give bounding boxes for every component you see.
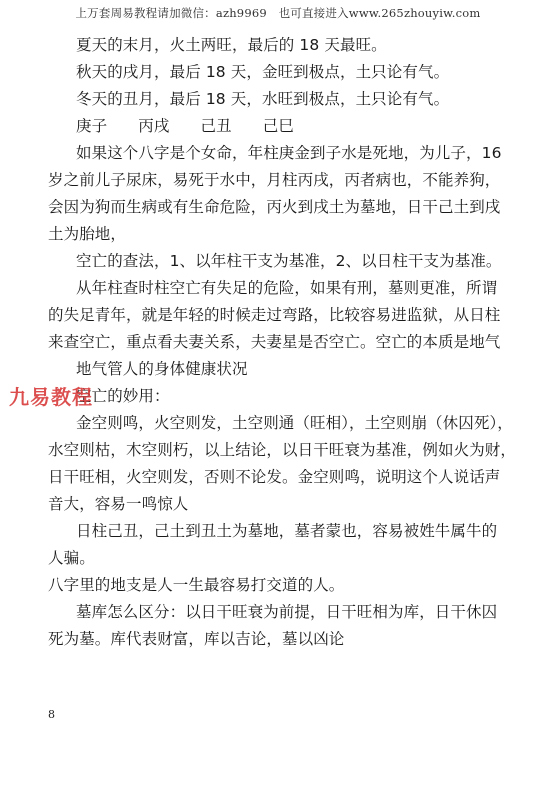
paragraph-line: 空亡的妙用： (48, 383, 514, 410)
bazi-pillars: 庚子 丙戌 己丑 己巳 (48, 113, 514, 140)
paragraph-line: 水空则枯，木空则朽，以上结论，以日干旺衰为基准，例如火为财， (48, 437, 514, 464)
paragraph-line: 金空则鸣，火空则发，土空则通（旺相），土空则崩（休囚死）， (48, 410, 514, 437)
paragraph-line: 冬天的丑月，最后 18 天，水旺到极点，土只论有气。 (48, 86, 514, 113)
paragraph-line: 日干旺相，火空则发，否则不论发。金空则鸣，说明这个人说话声 (48, 464, 514, 491)
paragraph-line: 死为墓。库代表财富，库以吉论，墓以凶论 (48, 626, 514, 653)
paragraph-line: 八字里的地支是人一生最容易打交道的人。 (48, 572, 514, 599)
top-banner: 上万套周易教程请加微信：azh9969 也可直接进入www.265zhouyiw… (0, 5, 556, 21)
paragraph-line: 岁之前儿子尿床，易死于水中，月柱丙戌，丙者病也，不能养狗， (48, 167, 514, 194)
paragraph-line: 秋天的戌月，最后 18 天，金旺到极点，土只论有气。 (48, 59, 514, 86)
watermark-logo: 九易教程 (9, 381, 93, 410)
pillar-month: 丙戌 (138, 113, 169, 140)
paragraph-line: 人骗。 (48, 545, 514, 572)
paragraph-line: 的失足青年，就是年轻的时候走过弯路，比较容易进监狱，从日柱 (48, 302, 514, 329)
page-number: 8 (48, 708, 55, 721)
pillar-day: 己丑 (200, 113, 231, 140)
paragraph-line: 墓库怎么区分：以日干旺衰为前提，日干旺相为库，日干休囚 (48, 599, 514, 626)
paragraph-line: 土为胎地， (48, 221, 514, 248)
paragraph-line: 来查空亡，重点看夫妻关系，夫妻星是否空亡。空亡的本质是地气 (48, 329, 514, 356)
paragraph-line: 日柱己丑，己土到丑土为墓地，墓者蒙也，容易被姓牛属牛的 (48, 518, 514, 545)
document-body: 夏天的末月，火土两旺，最后的 18 天最旺。 秋天的戌月，最后 18 天，金旺到… (48, 32, 514, 653)
pillar-year: 庚子 (76, 113, 107, 140)
pillar-hour: 己巳 (263, 113, 294, 140)
paragraph-line: 如果这个八字是个女命，年柱庚金到子水是死地，为儿子，16 (48, 140, 514, 167)
paragraph-line: 空亡的查法，1、以年柱干支为基准，2、以日柱干支为基准。 (48, 248, 514, 275)
paragraph-line: 会因为狗而生病或有生命危险，丙火到戌土为墓地，日干己土到戌 (48, 194, 514, 221)
paragraph-line: 夏天的末月，火土两旺，最后的 18 天最旺。 (48, 32, 514, 59)
paragraph-line: 从年柱查时柱空亡有失足的危险，如果有刑，墓则更准，所谓 (48, 275, 514, 302)
paragraph-line: 地气管人的身体健康状况 (48, 356, 514, 383)
paragraph-line: 音大，容易一鸣惊人 (48, 491, 514, 518)
